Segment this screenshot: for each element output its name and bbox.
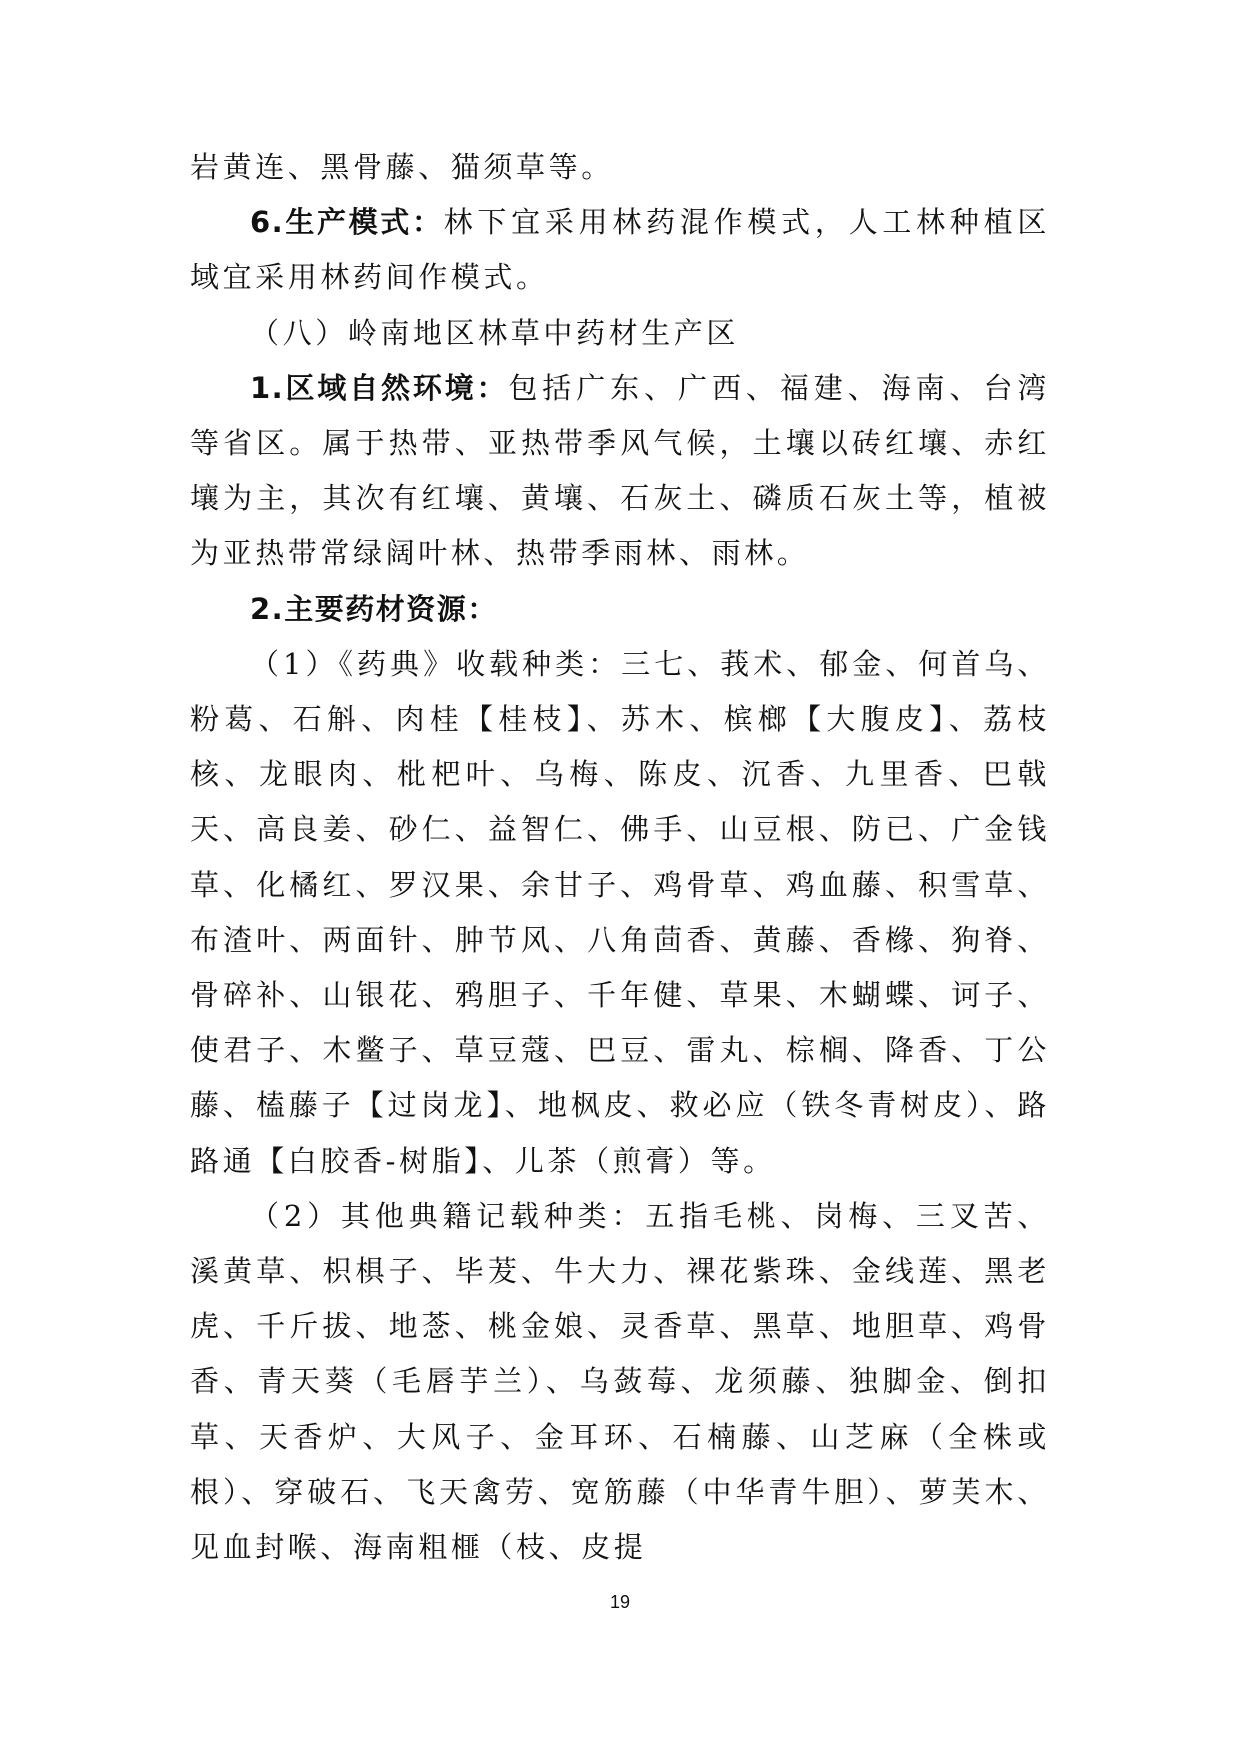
paragraph-natural-environment: 1.区域自然环境：包括广东、广西、福建、海南、台湾等省区。属于热带、亚热带季风气…	[190, 361, 1050, 582]
document-page-body: 岩黄连、黑骨藤、猫须草等。 6.生产模式：林下宜采用林药混作模式，人工林种植区域…	[190, 140, 1050, 1575]
production-mode-heading: 6.生产模式：	[250, 205, 444, 239]
paragraph-text: （2）其他典籍记载种类：五指毛桃、岗梅、三叉苦、溪黄草、枳椇子、毕茇、牛大力、裸…	[190, 1199, 1050, 1564]
paragraph-text: 岩黄连、黑骨藤、猫须草等。	[190, 150, 614, 184]
natural-environment-heading: 1.区域自然环境：	[250, 371, 508, 405]
paragraph-other-classics-species: （2）其他典籍记载种类：五指毛桃、岗梅、三叉苦、溪黄草、枳椇子、毕茇、牛大力、裸…	[190, 1189, 1050, 1575]
paragraph-production-mode: 6.生产模式：林下宜采用林药混作模式，人工林种植区域宜采用林药间作模式。	[190, 195, 1050, 305]
section-heading-text: （八）岭南地区林草中药材生产区	[250, 316, 739, 350]
section-heading-lingnan: （八）岭南地区林草中药材生产区	[190, 306, 1050, 361]
main-resources-heading: 2.主要药材资源：	[250, 592, 498, 626]
page-number: 19	[0, 1592, 1240, 1613]
paragraph-text: （1）《药典》收载种类：三七、莪术、郁金、何首乌、粉葛、石斛、肉桂【桂枝】、苏木…	[190, 647, 1050, 1178]
paragraph-continuation: 岩黄连、黑骨藤、猫须草等。	[190, 140, 1050, 195]
paragraph-main-resources: 2.主要药材资源：	[190, 582, 1050, 637]
paragraph-pharmacopoeia-species: （1）《药典》收载种类：三七、莪术、郁金、何首乌、粉葛、石斛、肉桂【桂枝】、苏木…	[190, 637, 1050, 1189]
